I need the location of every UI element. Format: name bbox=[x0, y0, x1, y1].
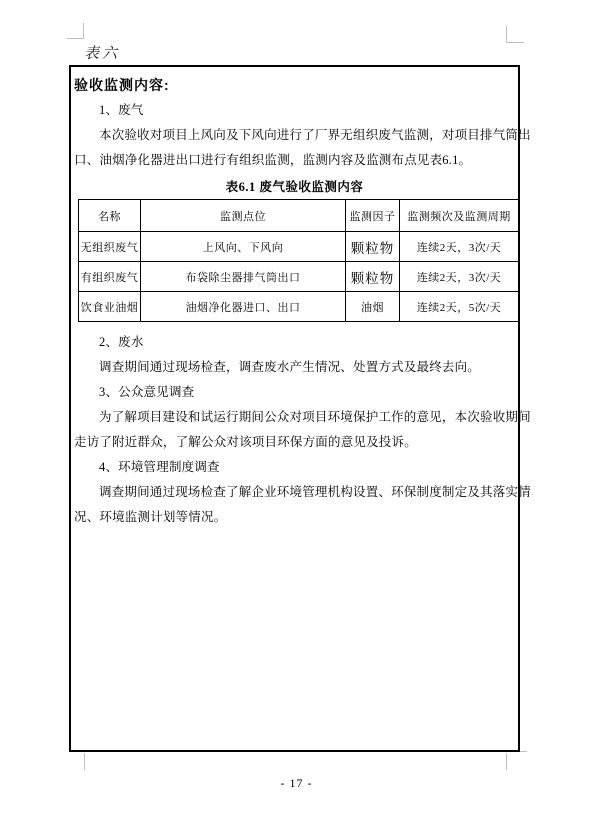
col-header-factor: 监测因子 bbox=[346, 200, 400, 232]
text-boundary-mark-bottom-right-stub bbox=[519, 751, 527, 752]
monitoring-table: 名称 监测点位 监测因子 监测频次及监测周期 无组织废气 上风向、下风向 颗粒物… bbox=[78, 199, 519, 322]
section-1-paragraph-line: 口、油烟净化器进出口进行有组织监测，监测内容及监测布点见表6.1。 bbox=[74, 148, 515, 173]
table-row: 饮食业油烟 油烟净化器进口、出口 油烟 连续2天，5次/天 bbox=[79, 292, 519, 322]
document-page: 表六 验收监测内容: 1、废气 本次验收对项目上风向及下风向进行了厂界无组织废气… bbox=[0, 0, 593, 821]
cell-frequency: 连续2天，5次/天 bbox=[400, 292, 519, 322]
section-3-paragraph-line: 为了解项目建设和试运行期间公众对项目环境保护工作的意见，本次验收期间 bbox=[74, 405, 515, 430]
cell-point: 上风向、下风向 bbox=[141, 232, 346, 262]
cell-name: 饮食业油烟 bbox=[79, 292, 141, 322]
cell-frequency: 连续2天，3次/天 bbox=[400, 262, 519, 292]
section-1-paragraph-line: 本次验收对项目上风向及下风向进行了厂界无组织废气监测，对项目排气筒出 bbox=[74, 123, 515, 148]
col-header-point: 监测点位 bbox=[141, 200, 346, 232]
text-boundary-mark-top-right bbox=[506, 26, 524, 43]
section-4-title: 4、环境管理制度调查 bbox=[74, 455, 515, 480]
section-4-paragraph-line: 调查期间通过现场检查了解企业环境管理机构设置、环保制度制定及其落实情 bbox=[74, 480, 515, 505]
section-1-title: 1、废气 bbox=[74, 98, 515, 123]
section-3-title: 3、公众意见调查 bbox=[74, 380, 515, 405]
section-4-paragraph-line: 况、环境监测计划等情况。 bbox=[74, 505, 515, 530]
table-row: 无组织废气 上风向、下风向 颗粒物 连续2天，3次/天 bbox=[79, 232, 519, 262]
col-header-frequency: 监测频次及监测周期 bbox=[400, 200, 519, 232]
cell-name: 无组织废气 bbox=[79, 232, 141, 262]
table-header-row: 名称 监测点位 监测因子 监测频次及监测周期 bbox=[79, 200, 519, 232]
cell-factor: 油烟 bbox=[346, 292, 400, 322]
content-panel: 验收监测内容: 1、废气 本次验收对项目上风向及下风向进行了厂界无组织废气监测，… bbox=[69, 65, 520, 752]
table-caption: 表6.1 废气验收监测内容 bbox=[74, 176, 515, 198]
text-boundary-mark-bottom-left bbox=[84, 753, 85, 770]
col-header-name: 名称 bbox=[79, 200, 141, 232]
section-2-paragraph-line: 调查期间通过现场检查，调查废水产生情况、处置方式及最终去向。 bbox=[74, 355, 515, 380]
text-boundary-mark-top-left bbox=[67, 23, 84, 39]
panel-heading: 验收监测内容: bbox=[74, 73, 515, 98]
cell-name: 有组织废气 bbox=[79, 262, 141, 292]
cell-point: 布袋除尘器排气筒出口 bbox=[141, 262, 346, 292]
text-boundary-mark-bottom-right bbox=[506, 753, 507, 770]
section-3-paragraph-line: 走访了附近群众，了解公众对该项目环保方面的意见及投诉。 bbox=[74, 430, 515, 455]
cell-factor: 颗粒物 bbox=[346, 232, 400, 262]
cell-point: 油烟净化器进口、出口 bbox=[141, 292, 346, 322]
sheet-label: 表六 bbox=[84, 42, 120, 63]
table-row: 有组织废气 布袋除尘器排气筒出口 颗粒物 连续2天，3次/天 bbox=[79, 262, 519, 292]
cell-frequency: 连续2天，3次/天 bbox=[400, 232, 519, 262]
section-2-title: 2、废水 bbox=[74, 330, 515, 355]
cell-factor: 颗粒物 bbox=[346, 262, 400, 292]
page-number: - 17 - bbox=[0, 776, 593, 791]
